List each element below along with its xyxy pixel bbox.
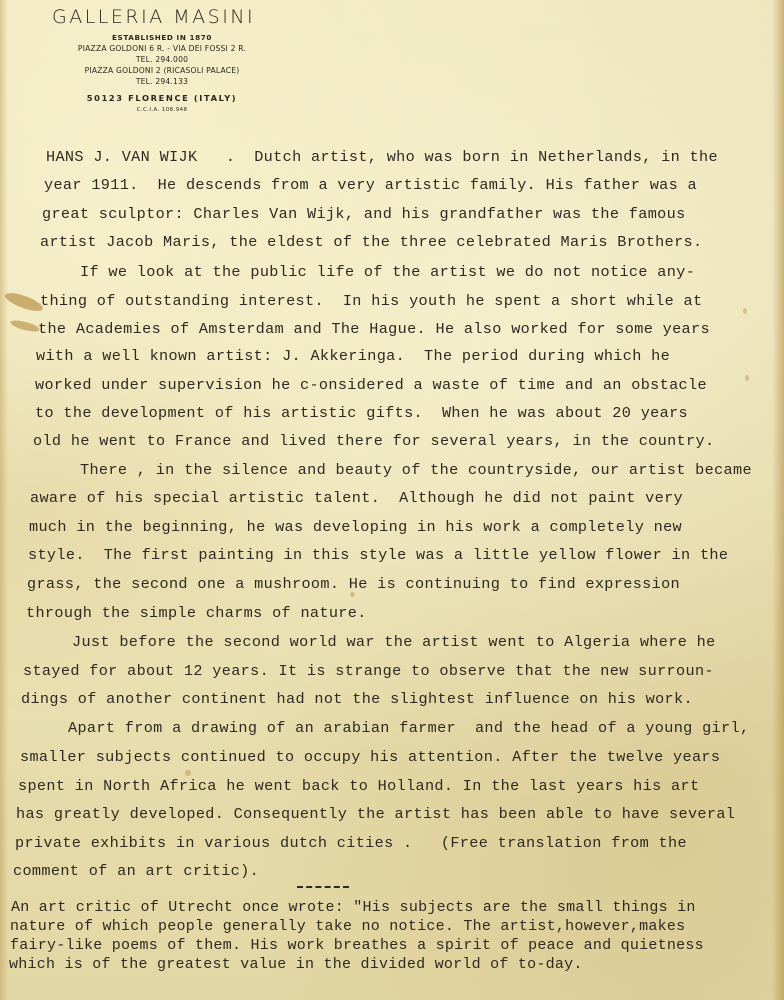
body-line: thing of outstanding interest. In his yo… xyxy=(40,292,702,310)
stain xyxy=(743,308,747,314)
body-line: much in the beginning, he was developing… xyxy=(29,518,682,536)
stain xyxy=(745,375,749,381)
body-line: to the development of his artistic gifts… xyxy=(35,404,688,422)
body-line: artist Jacob Maris, the eldest of the th… xyxy=(40,233,702,251)
divider-dashes xyxy=(297,886,349,888)
established-line: ESTABLISHED IN 1870 xyxy=(52,32,272,43)
paper-edge-left xyxy=(0,0,8,1000)
body-line: stayed for about 12 years. It is strange… xyxy=(23,662,714,680)
telephone-1: TEL. 294.000 xyxy=(52,54,272,65)
body-line: If we look at the public life of the art… xyxy=(80,263,695,281)
body-line: has greatly developed. Consequently the … xyxy=(16,805,735,823)
body-line: old he went to France and lived there fo… xyxy=(33,432,714,450)
stain xyxy=(9,318,40,333)
paper-edge-right xyxy=(772,0,784,1000)
body-line: Just before the second world war the art… xyxy=(72,633,716,651)
body-line: dings of another continent had not the s… xyxy=(21,690,693,708)
body-line: great sculptor: Charles Van Wijk, and hi… xyxy=(42,205,686,223)
body-line: smaller subjects continued to occupy his… xyxy=(20,748,720,766)
quote-line: An art critic of Utrecht once wrote: "Hi… xyxy=(11,899,696,917)
body-line: grass, the second one a mushroom. He is … xyxy=(27,575,680,593)
body-line: year 1911. He descends from a very artis… xyxy=(44,176,697,194)
telephone-2: TEL. 294.133 xyxy=(52,76,272,87)
body-line: private exhibits in various dutch cities… xyxy=(15,834,687,852)
body-line: There , in the silence and beauty of the… xyxy=(80,461,752,479)
stain xyxy=(3,290,45,315)
body-line: style. The first painting in this style … xyxy=(28,546,728,564)
quote-line: nature of which people generally take no… xyxy=(10,918,685,936)
ccia-number: C.C.I.A. 108.948 xyxy=(52,107,272,113)
body-line: through the simple charms of nature. xyxy=(26,604,367,622)
quote-line: which is of the greatest value in the di… xyxy=(9,956,583,974)
body-line: worked under supervision he c-onsidered … xyxy=(35,376,707,394)
gallery-name: GALLERIA MASINI xyxy=(52,6,272,28)
letterhead: GALLERIA MASINI ESTABLISHED IN 1870 PIAZ… xyxy=(52,6,272,113)
address-line-1: PIAZZA GOLDONI 6 R. - VIA DEI FOSSI 2 R. xyxy=(52,43,272,54)
city-line: 50123 FLORENCE (ITALY) xyxy=(52,93,272,103)
stain xyxy=(185,770,191,776)
body-line: Apart from a drawing of an arabian farme… xyxy=(68,719,749,737)
body-line: the Academies of Amsterdam and The Hague… xyxy=(38,320,710,338)
body-line: with a well known artist: J. Akkeringa. … xyxy=(36,347,670,365)
body-line: comment of an art critic). xyxy=(13,862,259,880)
body-line: spent in North Africa he went back to Ho… xyxy=(18,777,699,795)
address-line-2: PIAZZA GOLDONI 2 (RICASOLI PALACE) xyxy=(52,65,272,76)
body-line: aware of his special artistic talent. Al… xyxy=(30,489,683,507)
quote-line: fairy-like poems of them. His work breat… xyxy=(10,937,704,955)
body-line: HANS J. VAN WIJK . Dutch artist, who was… xyxy=(46,148,718,166)
